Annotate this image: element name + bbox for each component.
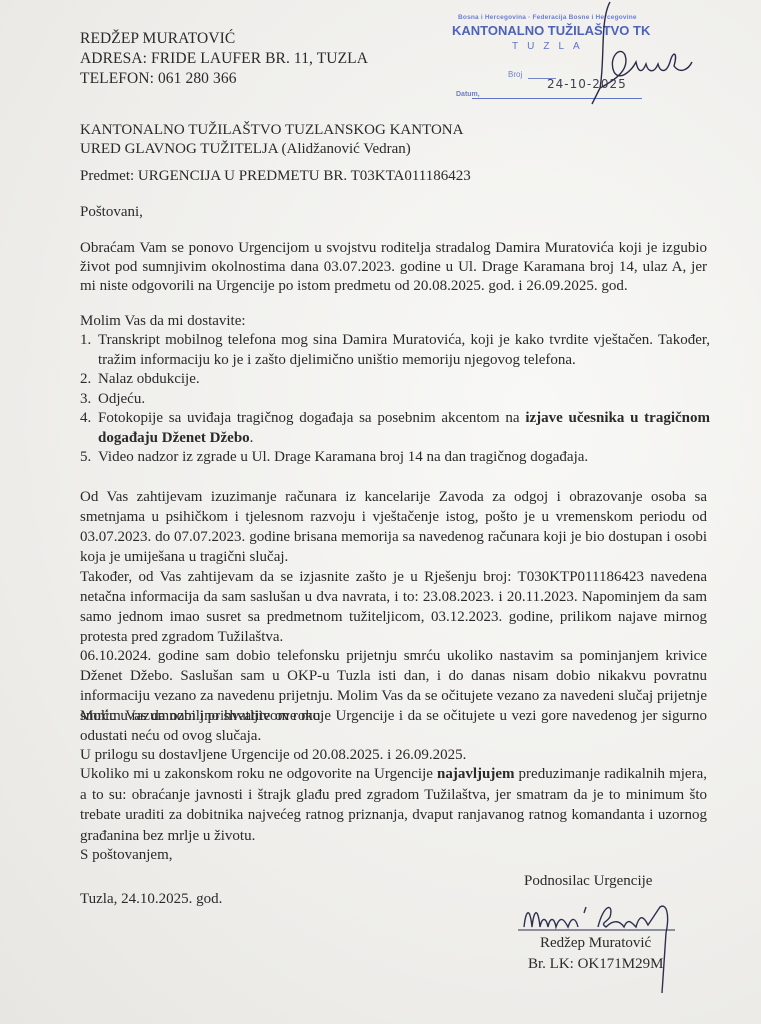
subject-line: Predmet: URGENCIJA U PREDMETU BR. T03KTA…: [80, 167, 471, 186]
list-item: 2.Nalaz obdukcije.: [80, 370, 710, 390]
recipient-block: KANTONALNO TUŽILAŠTVO TUZLANSKOG KANTONA…: [80, 121, 463, 159]
request-list: 1.Transkript mobilnog telefona mog sina …: [80, 331, 710, 468]
list-item: 1.Transkript mobilnog telefona mog sina …: [80, 331, 710, 370]
place-date: Tuzla, 24.10.2025. god.: [80, 890, 222, 909]
list-item: 4.Fotokopije sa uviđaja tragičnog događa…: [80, 409, 710, 448]
greeting: Poštovani,: [80, 203, 143, 222]
attached-paragraph: U prilogu su dostavljene Urgencije od 20…: [80, 746, 707, 765]
closing: S poštovanjem,: [80, 846, 173, 865]
signer-name: Redžep Muratović: [540, 935, 651, 952]
stamp-broj-label: Broj: [508, 70, 522, 79]
list-item: 5.Video nadzor iz zgrade u Ul. Drage Kar…: [80, 448, 710, 468]
computer-paragraph: Od Vas zahtijevam izuzimanje računara iz…: [80, 487, 707, 567]
sender-name: REDŽEP MURATOVIĆ: [80, 29, 368, 49]
stamp-signature-icon: [570, 0, 720, 110]
serious-paragraph: Molim Vas da ozbiljno shvatite ove moje …: [80, 706, 707, 746]
sender-phone: TELEFON: 061 280 366: [80, 69, 368, 89]
request-intro: Molim Vas da mi dostavite:: [80, 312, 707, 331]
signer-id: Br. LK: OK171M29M: [528, 956, 663, 973]
recipient-person: URED GLAVNOG TUŽITELJA (Alidžanović Vedr…: [80, 140, 463, 159]
stamp-datum-label: Datum,: [456, 91, 480, 98]
decision-paragraph: Također, od Vas zahtijevam da se izjasni…: [80, 567, 707, 647]
final-paragraph: Ukoliko mi u zakonskom roku ne odgovorit…: [80, 764, 707, 846]
signer-title: Podnosilac Urgencije: [522, 871, 652, 892]
document-page: REDŽEP MURATOVIĆ ADRESA: FRIDE LAUFER BR…: [0, 0, 761, 1024]
recipient-office: KANTONALNO TUŽILAŠTVO TUZLANSKOG KANTONA: [80, 121, 463, 140]
intro-paragraph: Obraćam Vam se ponovo Urgencijom u svojs…: [80, 239, 707, 296]
sender-block: REDŽEP MURATOVIĆ ADRESA: FRIDE LAUFER BR…: [80, 29, 368, 89]
sender-address: ADRESA: FRIDE LAUFER BR. 11, TUZLA: [80, 49, 368, 69]
list-item: 3.Odjeću.: [80, 390, 710, 410]
